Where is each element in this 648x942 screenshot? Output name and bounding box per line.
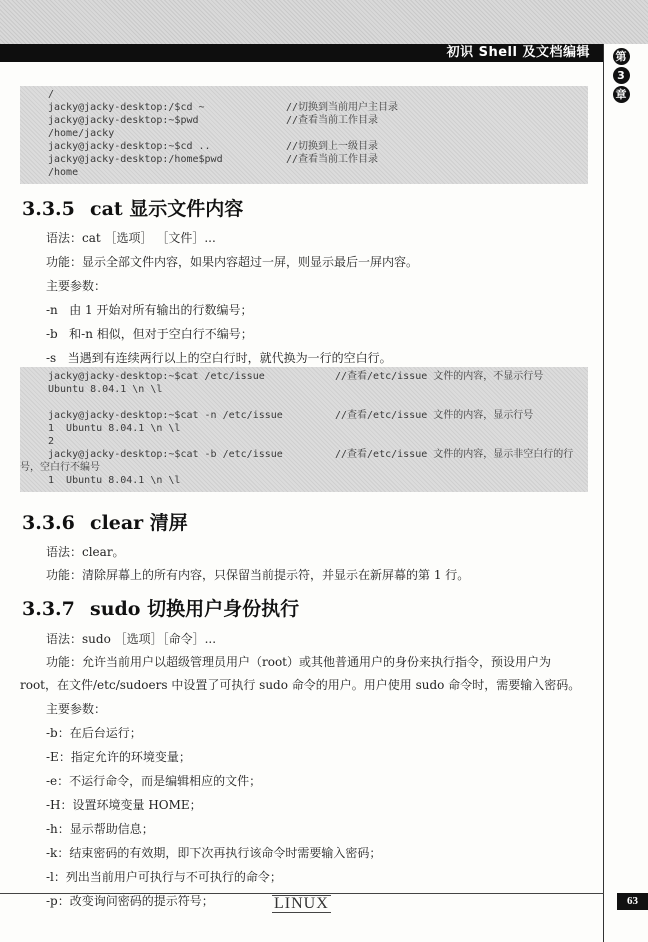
param-item: -e：不运行命令，而是编辑相应的文件； bbox=[46, 774, 261, 789]
syntax-text: 语法：clear。 bbox=[46, 545, 125, 560]
code-line: /home/jacky bbox=[48, 127, 588, 140]
function-text: 功能：允许当前用户以超级管理员用户（root）或其他普通用户的身份来执行指令，预… bbox=[46, 655, 551, 670]
code-line: jacky@jacky-desktop:~$cat -b /etc/issue/… bbox=[20, 448, 588, 461]
code-line: Ubuntu 8.04.1 \n \l bbox=[20, 383, 588, 396]
function-text: 功能：清除屏幕上的所有内容，只保留当前提示符，并显示在新屏幕的第 1 行。 bbox=[46, 568, 469, 583]
param-item: -k：结束密码的有效期，即下次再执行该命令时需要输入密码； bbox=[46, 846, 381, 861]
code-block-2: jacky@jacky-desktop:~$cat /etc/issue//查看… bbox=[20, 367, 588, 492]
code-line: 1 Ubuntu 8.04.1 \n \l bbox=[20, 474, 588, 487]
section-heading-3-3-5: 3.3.5cat 显示文件内容 bbox=[22, 194, 243, 221]
param-item: -H：设置环境变量 HOME； bbox=[46, 798, 202, 813]
param-item: -s 当遇到有连续两行以上的空白行时，就代换为一行的空白行。 bbox=[46, 351, 392, 366]
param-item: -l：列出当前用户可执行与不可执行的命令； bbox=[46, 870, 282, 885]
param-item: -p：改变询问密码的提示符号； bbox=[46, 894, 214, 909]
page-number: 63 bbox=[617, 893, 648, 910]
code-line: jacky@jacky-desktop:~$cd ..//切换到上一级目录 bbox=[48, 140, 588, 153]
code-block-1: / jacky@jacky-desktop:/$cd ~//切换到当前用户主目录… bbox=[20, 86, 588, 184]
code-line: jacky@jacky-desktop:~$cat -n /etc/issue/… bbox=[20, 409, 588, 422]
running-title: 初识 Shell 及文档编辑 bbox=[447, 44, 590, 62]
section-heading-3-3-7: 3.3.7sudo 切换用户身份执行 bbox=[22, 594, 299, 621]
syntax-text: 语法：cat ［选项］ ［文件］... bbox=[46, 231, 216, 246]
chapter-tab-char: 章 bbox=[613, 86, 630, 103]
param-item: -n 由 1 开始对所有输出的行数编号； bbox=[46, 303, 253, 318]
syntax-text: 语法：sudo ［选项］［命令］... bbox=[46, 632, 216, 647]
param-item: -b：在后台运行； bbox=[46, 726, 142, 741]
function-text-cont: root，在文件/etc/sudoers 中设置了可执行 sudo 命令的用户。… bbox=[20, 678, 580, 693]
margin-rule bbox=[603, 44, 604, 942]
code-line: 2 bbox=[20, 435, 588, 448]
running-header: 初识 Shell 及文档编辑 bbox=[0, 44, 604, 62]
chapter-tab: 第 3 章 bbox=[611, 48, 631, 103]
page-top-band bbox=[0, 0, 648, 44]
params-label: 主要参数： bbox=[46, 279, 106, 294]
code-line: 1 Ubuntu 8.04.1 \n \l bbox=[20, 422, 588, 435]
section-heading-3-3-6: 3.3.6clear 清屏 bbox=[22, 508, 188, 535]
code-line-wrap: 号，空白行不编号 bbox=[20, 461, 588, 474]
code-line: jacky@jacky-desktop:/$cd ~//切换到当前用户主目录 bbox=[48, 101, 588, 114]
chapter-tab-char: 第 bbox=[613, 48, 630, 65]
param-item: -b 和-n 相似，但对于空白行不编号； bbox=[46, 327, 253, 342]
params-label: 主要参数： bbox=[46, 702, 106, 717]
function-text: 功能：显示全部文件内容，如果内容超过一屏，则显示最后一屏内容。 bbox=[46, 255, 418, 270]
linux-logo: LINUX bbox=[272, 895, 331, 913]
param-item: -E：指定允许的环境变量； bbox=[46, 750, 191, 765]
param-item: -h：显示帮助信息； bbox=[46, 822, 154, 837]
code-line: jacky@jacky-desktop:/home$pwd//查看当前工作目录 bbox=[48, 153, 588, 166]
code-line: jacky@jacky-desktop:~$pwd//查看当前工作目录 bbox=[48, 114, 588, 127]
footer-rule bbox=[0, 893, 604, 894]
chapter-tab-number: 3 bbox=[613, 67, 630, 84]
code-line: jacky@jacky-desktop:~$cat /etc/issue//查看… bbox=[20, 370, 588, 383]
code-line: /home bbox=[48, 166, 588, 179]
code-line: / bbox=[48, 88, 588, 101]
code-line bbox=[20, 396, 588, 409]
